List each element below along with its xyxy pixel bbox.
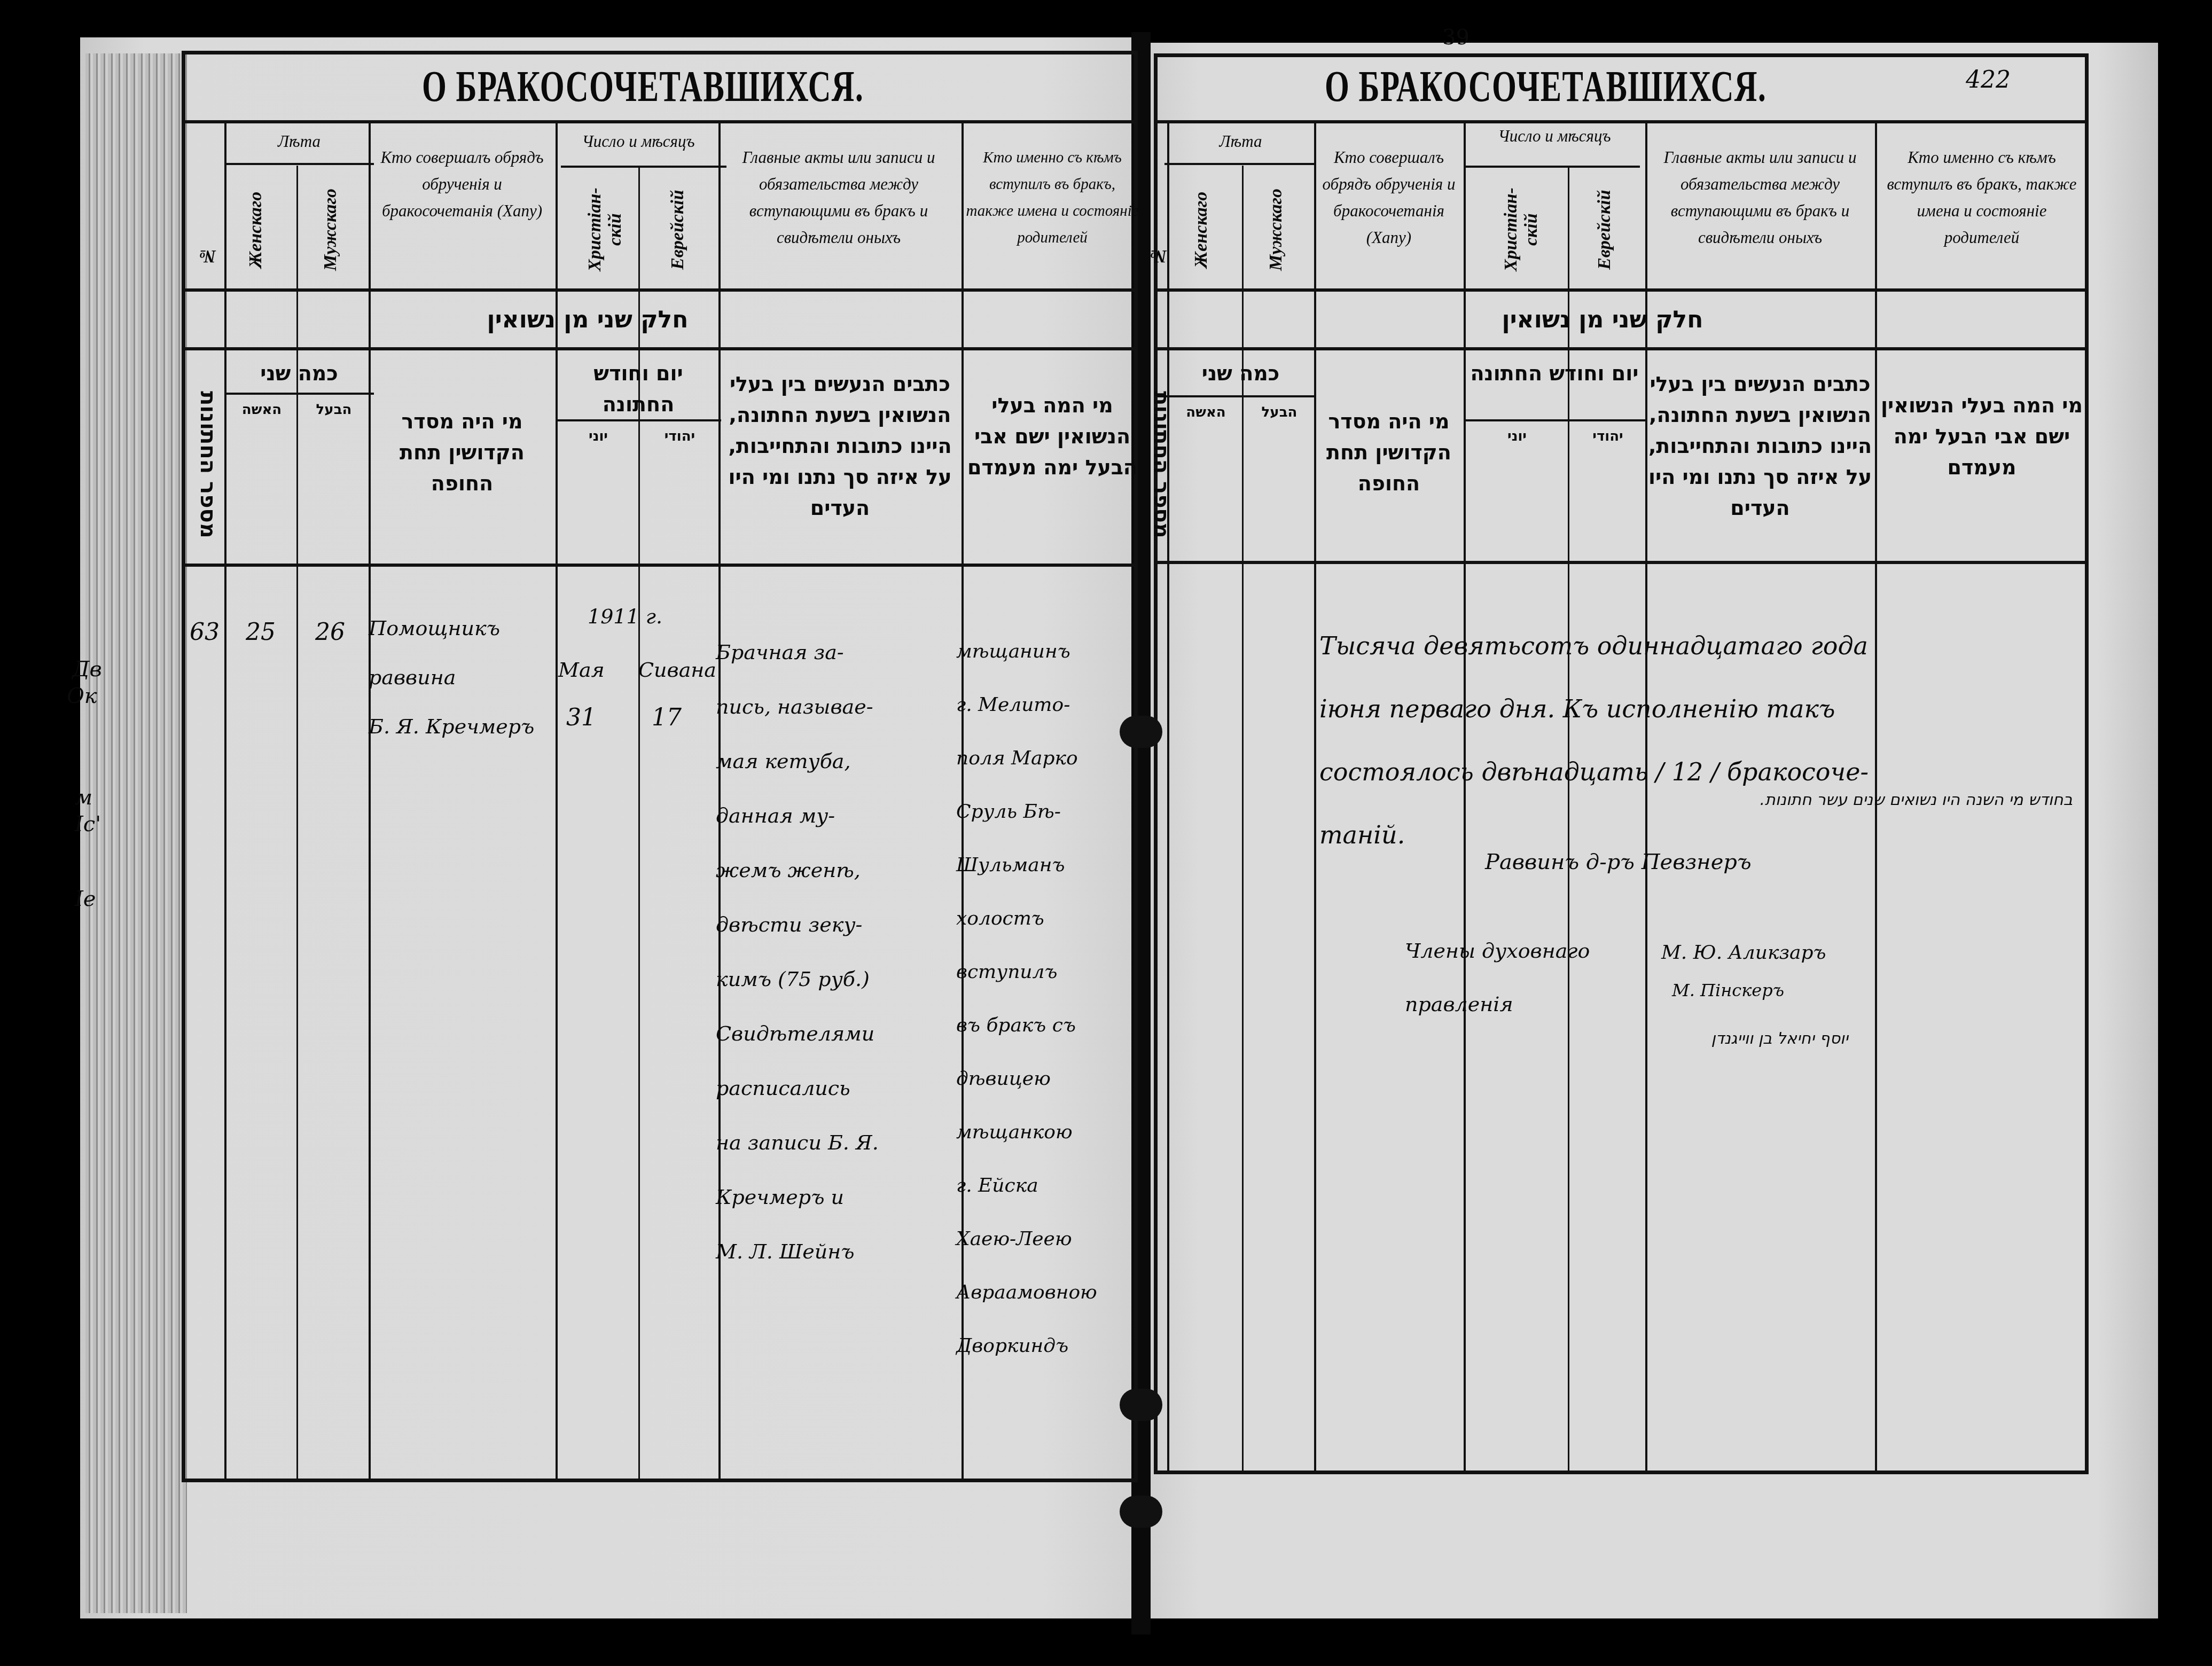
header-female: Женскаго: [246, 176, 266, 283]
header-number: №: [198, 235, 218, 278]
entry-age-male: 26: [315, 604, 345, 661]
hebrew-header-age: כמה שני: [224, 358, 374, 389]
hebrew-header-husband: הבעל: [1245, 403, 1314, 421]
column-line: [369, 120, 371, 1482]
hebrew-signature: יוסף יחיאל בן ווייגנדן: [1656, 1026, 1848, 1052]
hebrew-header-date: יום וחודש החתונה: [558, 358, 718, 420]
margin-note: Ок: [67, 684, 97, 708]
page-number: 39: [1442, 21, 1470, 53]
left-page-title: О БРАКОСОЧЕТАВШИХСЯ.: [422, 61, 864, 112]
entry-number: 63: [190, 604, 220, 661]
divider: [1164, 163, 1314, 165]
entry-jewish-day: 17: [652, 689, 682, 747]
header-who: Кто именно съ кѣмъ вступилъ въ бракъ, та…: [1878, 144, 2086, 251]
header-years: Лѣта: [224, 128, 374, 155]
header-officiant: Кто совершалъ обрядъ обрученія и бракосо…: [374, 144, 550, 224]
binding-stitch-icon: [1120, 1496, 1162, 1528]
hebrew-closing-note: בחודש מי השנה היו נשואים שנים עשר חתונות…: [1485, 791, 2073, 809]
divider: [184, 347, 1135, 350]
hebrew-header-jewish: יהודי: [641, 427, 718, 445]
hebrew-section-title: חלק שני מן נשואין: [374, 304, 801, 335]
entry-acts: Брачная за- пись, называе- мая кетуба, д…: [716, 625, 879, 1279]
entry-age-female: 25: [246, 604, 276, 661]
header-years: Лѣта: [1167, 128, 1314, 155]
right-page-title: О БРАКОСОЧЕТАВШИХСЯ.: [1325, 61, 1767, 112]
divider: [184, 564, 1135, 567]
header-christian: Христіан-скій: [585, 176, 626, 283]
divider: [1154, 395, 1314, 397]
divider: [1156, 288, 2086, 292]
hebrew-header-date: יום וחודש החתונה: [1466, 358, 1643, 389]
divider: [1156, 347, 2086, 350]
divider: [184, 120, 1135, 123]
header-christian: Христіан-скій: [1501, 176, 1542, 283]
divider: [184, 288, 1135, 292]
margin-note: Ic': [75, 812, 101, 836]
hebrew-header-husband: הבעל: [299, 401, 369, 419]
header-jewish: Еврейскій: [668, 176, 688, 283]
margin-note: Дв: [72, 657, 102, 682]
margin-note: м: [75, 785, 92, 810]
header-female: Женскаго: [1191, 176, 1211, 283]
entry-officiant: Помощникъ раввина Б. Я. Кречмеръ: [369, 604, 534, 751]
header-acts: Главные акты или записи и обязательства …: [1648, 144, 1872, 251]
hebrew-header-wife: האשה: [227, 401, 296, 419]
entry-year: 1911 г.: [588, 588, 662, 645]
hebrew-header-greek: יוני: [558, 427, 638, 445]
hebrew-header-documents: כתבים הנעשים בין בעלי הנשואין בשעת החתונ…: [1648, 369, 1872, 523]
divider: [561, 166, 726, 168]
entry-who: мѣщанинъ г. Мелито- поля Марко Сруль Бѣ-…: [956, 625, 1097, 1373]
signature-rabbi: Раввинъ д-ръ Певзнеръ: [1485, 833, 1752, 891]
header-who: Кто именно съ кѣмъ вступилъ въ бракъ, та…: [964, 144, 1140, 251]
divider: [224, 163, 374, 165]
header-male: Мужскаго: [1266, 176, 1286, 283]
header-acts: Главные акты или записи и обязательства …: [721, 144, 956, 251]
hebrew-section-title: חלק שני מן נשואין: [1335, 304, 1870, 335]
header-jewish: Еврейскій: [1594, 176, 1615, 283]
header-officiant: Кто совершалъ обрядъ обрученія и бракосо…: [1319, 144, 1458, 251]
divider: [224, 393, 374, 395]
signature-member-2: М. Пінскеръ: [1672, 961, 1784, 1019]
hebrew-header-who: מי המה בעלי הנשואין ישם אבי הבעל ימה מעמ…: [1878, 390, 2086, 483]
hebrew-header-age: כמה שני: [1167, 358, 1314, 389]
hebrew-header-number: מספר החתונות: [1146, 374, 1177, 556]
header-male: Мужскаго: [321, 176, 341, 283]
hebrew-header-greek: יוני: [1466, 427, 1568, 445]
header-date: Число и мѣсяцъ: [1466, 123, 1643, 150]
header-number: №: [1148, 235, 1169, 278]
hebrew-header-wife: האשה: [1170, 403, 1242, 421]
signature-board-label: Члены духовнаго правленія: [1405, 924, 1590, 1031]
header-date: Число и мѣсяцъ: [558, 128, 718, 155]
closing-note: Тысяча девятьсотъ одиннадцатаго года іюн…: [1319, 614, 1869, 866]
hebrew-header-who: מי המה בעלי הנשואין ישם אבי הבעל ימה מעמ…: [967, 390, 1138, 483]
divider: [1156, 561, 2086, 564]
folio-number: 422: [1966, 59, 2011, 101]
hebrew-header-number: מספר החתונות: [192, 374, 223, 556]
entry-christian-day: 31: [566, 689, 596, 747]
hebrew-header-officiant: מי היה מסדר הקדושין תחת החופה: [374, 406, 550, 499]
divider: [1464, 419, 1645, 421]
margin-note: Ie: [75, 887, 96, 911]
column-line: [224, 120, 226, 1482]
hebrew-header-officiant: מי היה מסדר הקדושין תחת החופה: [1317, 406, 1461, 499]
column-line: [1167, 120, 1169, 1474]
hebrew-header-jewish: יהודי: [1570, 427, 1645, 445]
divider: [1464, 166, 1640, 168]
column-line: [1314, 120, 1316, 1474]
hebrew-header-documents: כתבים הנעשים בין בעלי הנשואין בשעת החתונ…: [724, 369, 956, 523]
